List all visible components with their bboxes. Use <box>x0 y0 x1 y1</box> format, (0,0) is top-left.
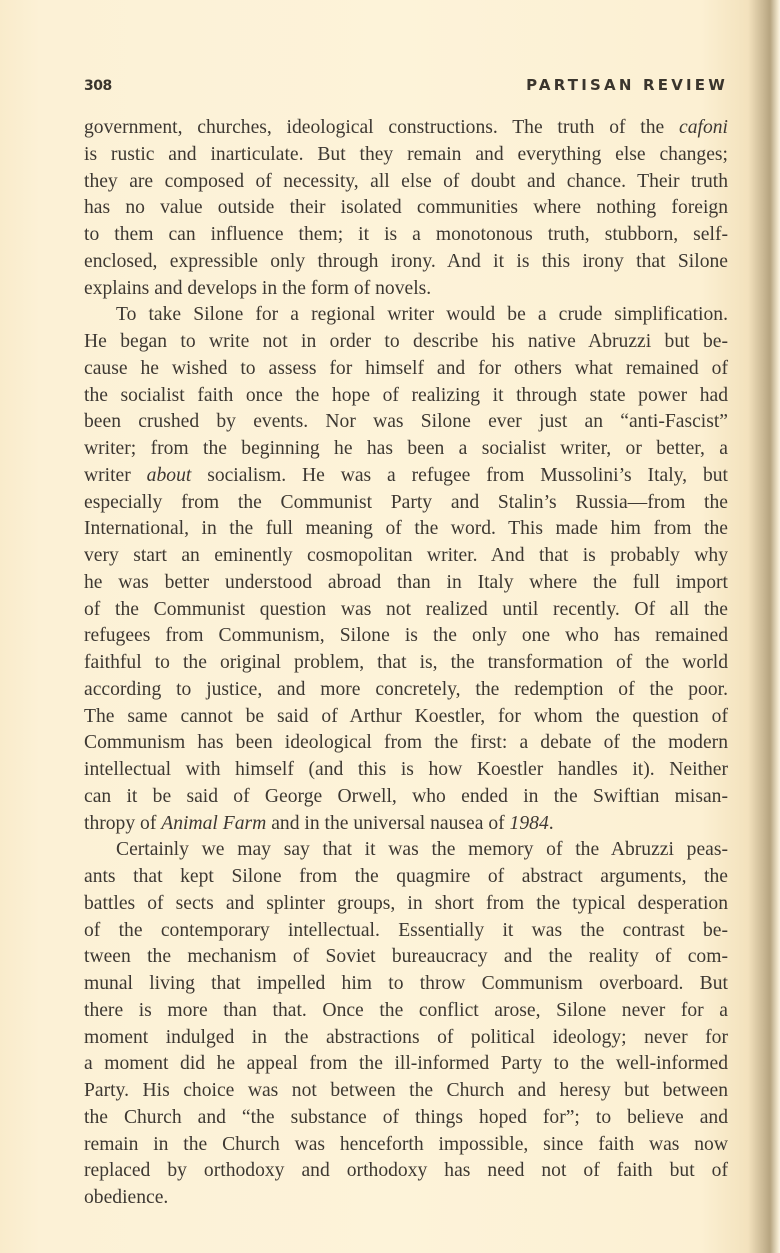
paragraph: To take Silone for a regional writer wou… <box>84 302 728 837</box>
text-run: International, in the full meaning of th… <box>84 518 728 539</box>
text-run: moment indulged in the abstractions of p… <box>84 1027 728 1048</box>
text-run: explains and develops in the form of nov… <box>84 278 431 299</box>
text-run: they are composed of necessity, all else… <box>84 171 728 192</box>
text-run: writer; from the beginning he has been a… <box>84 438 728 459</box>
text-run: he was better understood abroad than in … <box>84 572 728 593</box>
text-line: Certainly we may say that it was the mem… <box>84 837 728 864</box>
text-line: the socialist faith once the hope of rea… <box>84 383 728 410</box>
text-run: Certainly we may say that it was the mem… <box>116 839 728 860</box>
text-run: thropy of <box>84 813 161 834</box>
text-run: tween the mechanism of Soviet bureaucrac… <box>84 946 728 967</box>
text-run: has no value outside their isolated comm… <box>84 197 728 218</box>
text-line: International, in the full meaning of th… <box>84 516 728 543</box>
text-line: obedience. <box>84 1185 728 1212</box>
text-run: according to justice, and more concretel… <box>84 679 728 700</box>
text-line: refugees from Communism, Silone is the o… <box>84 623 728 650</box>
page-number: 308 <box>84 78 112 94</box>
text-run: to them can influence them; it is a mono… <box>84 224 728 245</box>
italic-text: about <box>147 465 192 486</box>
text-run: remain in the Church was henceforth impo… <box>84 1134 728 1155</box>
text-line: government, churches, ideological constr… <box>84 115 728 142</box>
text-run: ants that kept Silone from the quagmire … <box>84 866 728 887</box>
text-run: can it be said of George Orwell, who end… <box>84 786 728 807</box>
text-run: cause he wished to assess for himself an… <box>84 358 728 379</box>
italic-text: Animal Farm <box>161 813 266 834</box>
text-run: munal living that impelled him to throw … <box>84 973 728 994</box>
text-line: battles of sects and splinter groups, in… <box>84 891 728 918</box>
text-line: been crushed by events. Nor was Silone e… <box>84 409 728 436</box>
text-line: there is more than that. Once the confli… <box>84 998 728 1025</box>
italic-text: 1984 <box>510 813 549 834</box>
text-run: intellectual with himself (and this is h… <box>84 759 728 780</box>
text-run: To take Silone for a regional writer wou… <box>116 304 728 325</box>
text-line: He began to write not in order to descri… <box>84 329 728 356</box>
text-line: To take Silone for a regional writer wou… <box>84 302 728 329</box>
paragraph: Certainly we may say that it was the mem… <box>84 837 728 1212</box>
text-line: writer; from the beginning he has been a… <box>84 436 728 463</box>
text-line: especially from the Communist Party and … <box>84 490 728 517</box>
text-line: remain in the Church was henceforth impo… <box>84 1132 728 1159</box>
body-text: government, churches, ideological constr… <box>84 115 728 1212</box>
text-line: he was better understood abroad than in … <box>84 570 728 597</box>
text-line: tween the mechanism of Soviet bureaucrac… <box>84 944 728 971</box>
text-run: faithful to the original problem, that i… <box>84 652 728 673</box>
text-line: faithful to the original problem, that i… <box>84 650 728 677</box>
text-line: of the contemporary intellectual. Essent… <box>84 918 728 945</box>
text-line: Party. His choice was not between the Ch… <box>84 1078 728 1105</box>
text-run: very start an eminently cosmopolitan wri… <box>84 545 728 566</box>
book-page: 308 PARTISAN REVIEW government, churches… <box>0 0 780 1253</box>
text-line: writer about socialism. He was a refugee… <box>84 463 728 490</box>
text-line: ants that kept Silone from the quagmire … <box>84 864 728 891</box>
text-line: Communism has been ideological from the … <box>84 730 728 757</box>
text-run: replaced by orthodoxy and orthodoxy has … <box>84 1160 728 1181</box>
text-run: The same cannot be said of Arthur Koestl… <box>84 706 728 727</box>
text-run: Party. His choice was not between the Ch… <box>84 1080 728 1101</box>
text-line: the Church and “the substance of things … <box>84 1105 728 1132</box>
text-line: moment indulged in the abstractions of p… <box>84 1025 728 1052</box>
text-run: . <box>549 813 554 834</box>
text-line: of the Communist question was not realiz… <box>84 597 728 624</box>
text-run: a moment did he appeal from the ill-info… <box>84 1053 728 1074</box>
text-run: is rustic and inarticulate. But they rem… <box>84 144 728 165</box>
text-run: battles of sects and splinter groups, in… <box>84 893 728 914</box>
text-run: enclosed, expressible only through irony… <box>84 251 728 272</box>
text-run: refugees from Communism, Silone is the o… <box>84 625 728 646</box>
text-run: of the Communist question was not realiz… <box>84 599 728 620</box>
text-line: to them can influence them; it is a mono… <box>84 222 728 249</box>
text-line: replaced by orthodoxy and orthodoxy has … <box>84 1158 728 1185</box>
text-line: thropy of Animal Farm and in the univers… <box>84 811 728 838</box>
text-line: enclosed, expressible only through irony… <box>84 249 728 276</box>
text-run: been crushed by events. Nor was Silone e… <box>84 411 728 432</box>
text-line: a moment did he appeal from the ill-info… <box>84 1051 728 1078</box>
text-line: intellectual with himself (and this is h… <box>84 757 728 784</box>
text-line: explains and develops in the form of nov… <box>84 276 728 303</box>
text-run: government, churches, ideological constr… <box>84 117 679 138</box>
text-line: very start an eminently cosmopolitan wri… <box>84 543 728 570</box>
text-line: has no value outside their isolated comm… <box>84 195 728 222</box>
text-line: they are composed of necessity, all else… <box>84 169 728 196</box>
text-run: He began to write not in order to descri… <box>84 331 728 352</box>
running-head: PARTISAN REVIEW <box>526 76 728 94</box>
text-line: can it be said of George Orwell, who end… <box>84 784 728 811</box>
text-line: munal living that impelled him to throw … <box>84 971 728 998</box>
text-run: obedience. <box>84 1187 168 1208</box>
text-run: there is more than that. Once the confli… <box>84 1000 728 1021</box>
italic-text: cafoni <box>679 117 728 138</box>
text-run: the socialist faith once the hope of rea… <box>84 385 728 406</box>
text-run: especially from the Communist Party and … <box>84 492 728 513</box>
paragraph: government, churches, ideological constr… <box>84 115 728 302</box>
text-line: according to justice, and more concretel… <box>84 677 728 704</box>
text-run: the Church and “the substance of things … <box>84 1107 728 1128</box>
text-line: cause he wished to assess for himself an… <box>84 356 728 383</box>
text-run: socialism. He was a refugee from Mussoli… <box>191 465 728 486</box>
text-line: The same cannot be said of Arthur Koestl… <box>84 704 728 731</box>
text-run: Communism has been ideological from the … <box>84 732 728 753</box>
page-header: 308 PARTISAN REVIEW <box>84 76 728 100</box>
text-run: writer <box>84 465 147 486</box>
text-line: is rustic and inarticulate. But they rem… <box>84 142 728 169</box>
text-run: of the contemporary intellectual. Essent… <box>84 920 728 941</box>
text-run: and in the universal nausea of <box>266 813 509 834</box>
